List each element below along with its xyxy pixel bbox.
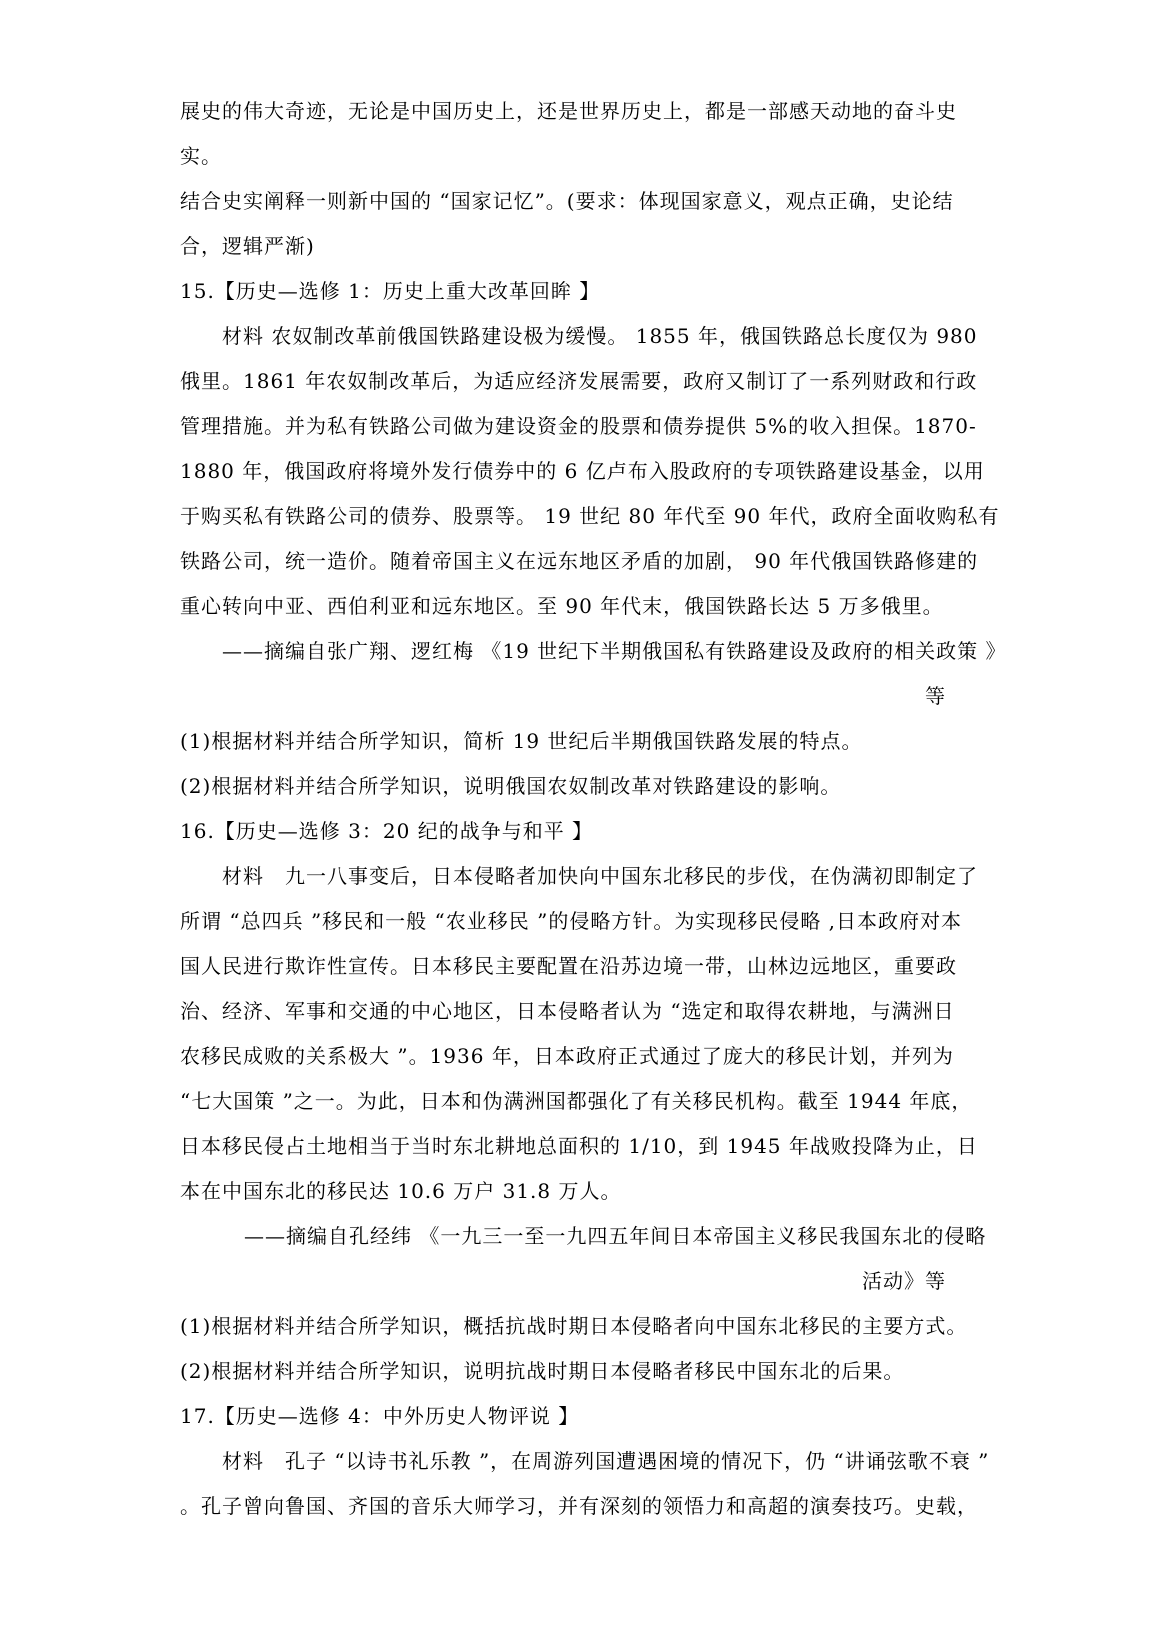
question-17-material-line: 材料 孔子 “以诗书礼乐教 ”，在周游列国遭遇困境的情况下，仍 “讲诵弦歌不衰 … — [180, 1439, 946, 1484]
question-17-heading: 17.【历史—选修 4：中外历史人物评说 】 — [180, 1394, 946, 1439]
question-16-material-line: 治、经济、军事和交通的中心地区，日本侵略者认为 “选定和取得农耕地，与满洲日 — [180, 989, 946, 1034]
question-16-material-line: 国人民进行欺诈性宣传。日本移民主要配置在沿苏边境一带，山林边远地区，重要政 — [180, 944, 946, 989]
question-15-citation: ——摘编自张广翔、逻红梅 《19 世纪下半期俄国私有铁路建设及政府的相关政策 》 — [180, 629, 946, 674]
question-16-part-2: (2)根据材料并结合所学知识，说明抗战时期日本侵略者移民中国东北的后果。 — [180, 1349, 946, 1394]
question-16-material-line: “七大国策 ”之一。为此，日本和伪满洲国都强化了有关移民机构。截至 1944 年… — [180, 1079, 946, 1124]
question-16-material-line: 日本移民侵占土地相当于当时东北耕地总面积的 1/10，到 1945 年战败投降为… — [180, 1124, 946, 1169]
question-16-citation-tail: 活动》等 — [180, 1259, 946, 1304]
question-16-material-line: 农移民成败的关系极大 ”。1936 年，日本政府正式通过了庞大的移民计划，并列为 — [180, 1034, 946, 1079]
question-16-heading: 16.【历史—选修 3：20 纪的战争与和平 】 — [180, 809, 946, 854]
question-15-material-line: 重心转向中亚、西伯利亚和远东地区。至 90 年代末，俄国铁路长达 5 万多俄里。 — [180, 584, 946, 629]
question-16-material-line: 本在中国东北的移民达 10.6 万户 31.8 万人。 — [180, 1169, 946, 1214]
question-16-part-1: (1)根据材料并结合所学知识，概括抗战时期日本侵略者向中国东北移民的主要方式。 — [180, 1304, 946, 1349]
question-15-material-line: 铁路公司，统一造价。随着帝国主义在远东地区矛盾的加剧， 90 年代俄国铁路修建的 — [180, 539, 946, 584]
text-line: 展史的伟大奇迹，无论是中国历史上，还是世界历史上，都是一部感天动地的奋斗史 — [180, 89, 946, 134]
question-15-material-line: 1880 年，俄国政府将境外发行债券中的 6 亿卢布入股政府的专项铁路建设基金，… — [180, 449, 946, 494]
question-15-citation-tail: 等 — [180, 674, 946, 719]
question-15-part-2: (2)根据材料并结合所学知识，说明俄国农奴制改革对铁路建设的影响。 — [180, 764, 946, 809]
question-15-material-line: 管理措施。并为私有铁路公司做为建设资金的股票和债券提供 5%的收入担保。1870… — [180, 404, 946, 449]
page-content: 展史的伟大奇迹，无论是中国历史上，还是世界历史上，都是一部感天动地的奋斗史 实。… — [180, 89, 946, 1529]
question-15-material-line: 于购买私有铁路公司的债券、股票等。 19 世纪 80 年代至 90 年代，政府全… — [180, 494, 946, 539]
question-16-material-line: 材料 九一八事变后，日本侵略者加快向中国东北移民的步伐，在伪满初即制定了 — [180, 854, 946, 899]
question-15-part-1: (1)根据材料并结合所学知识，简析 19 世纪后半期俄国铁路发展的特点。 — [180, 719, 946, 764]
question-15-material-line: 俄里。1861 年农奴制改革后，为适应经济发展需要，政府又制订了一系列财政和行政 — [180, 359, 946, 404]
question-16-citation: ——摘编自孔经纬 《一九三一至一九四五年间日本帝国主义移民我国东北的侵略 — [180, 1214, 946, 1259]
question-17-material-line: 。孔子曾向鲁国、齐国的音乐大师学习，并有深刻的领悟力和高超的演奏技巧。史载， — [180, 1484, 946, 1529]
question-16-material-line: 所谓 “总四兵 ”移民和一般 “农业移民 ”的侵略方针。为实现移民侵略 ,日本政… — [180, 899, 946, 944]
question-15-heading: 15.【历史—选修 1：历史上重大改革回眸 】 — [180, 269, 946, 314]
text-line: 合，逻辑严渐) — [180, 224, 946, 269]
text-line: 实。 — [180, 134, 946, 179]
question-15-material-line: 材料 农奴制改革前俄国铁路建设极为缓慢。 1855 年，俄国铁路总长度仅为 98… — [180, 314, 946, 359]
document-page: 展史的伟大奇迹，无论是中国历史上，还是世界历史上，都是一部感天动地的奋斗史 实。… — [0, 0, 1158, 1638]
text-line: 结合史实阐释一则新中国的 “国家记忆”。(要求：体现国家意义，观点正确，史论结 — [180, 179, 946, 224]
